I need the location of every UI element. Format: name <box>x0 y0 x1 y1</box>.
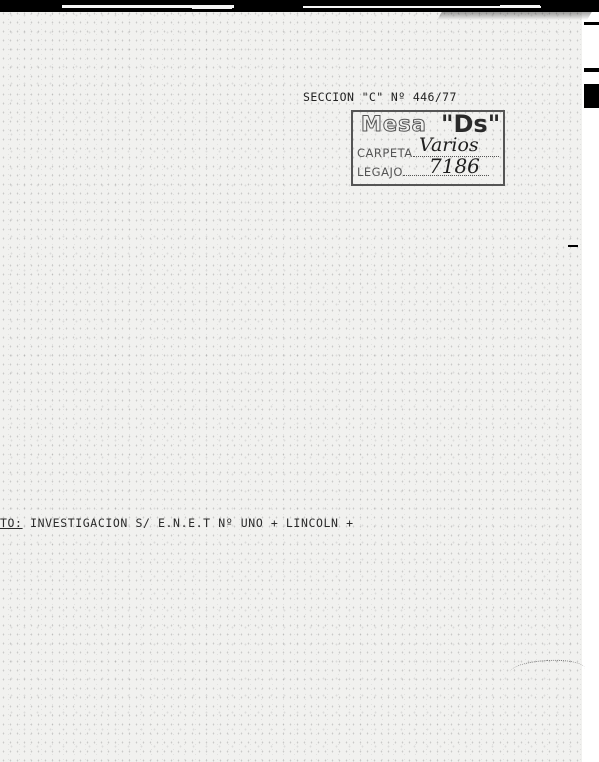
subject-prefix: TO: <box>0 516 23 530</box>
scan-streak <box>192 6 232 9</box>
stamp-mesa-label: Mesa <box>361 112 427 136</box>
stamp-carpeta-label: CARPETA <box>357 146 413 160</box>
stamp-legajo-value: 7186 <box>429 154 480 178</box>
scan-streak <box>500 5 540 8</box>
edge-mark <box>584 22 599 25</box>
subject-text: INVESTIGACION S/ E.N.E.T Nº UNO + LINCOL… <box>30 516 354 530</box>
stamp-carpeta-value: Varios <box>419 134 479 156</box>
subject-line: TO: INVESTIGACION S/ E.N.E.T Nº UNO + LI… <box>0 516 354 530</box>
section-reference: SECCION "C" Nº 446/77 <box>303 90 457 104</box>
stamp-legajo-label: LEGAJO <box>357 165 403 179</box>
archive-stamp: Mesa "Ds" CARPETA Varios LEGAJO 7186 <box>351 110 505 186</box>
scanned-document-page: SECCION "C" Nº 446/77 Mesa "Ds" CARPETA … <box>0 0 599 762</box>
scan-right-margin <box>582 0 599 762</box>
edge-mark <box>584 84 599 108</box>
edge-mark <box>584 68 599 72</box>
edge-mark <box>568 245 578 247</box>
scan-corner-shadow <box>437 10 593 20</box>
